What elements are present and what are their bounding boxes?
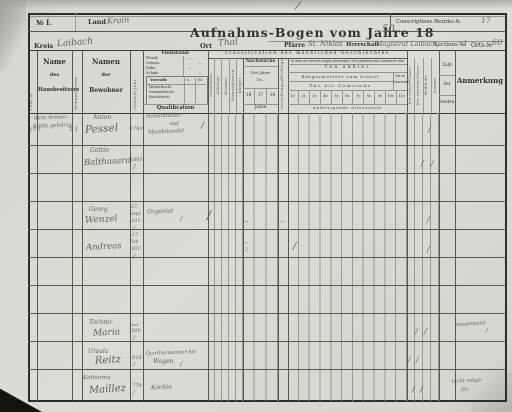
col-owner-l2: des [38,73,71,78]
r1-quali-line2: auf [170,122,179,128]
rule [183,56,184,76]
r1-tally-mark: ∕ [201,122,204,131]
r9-tally-mark: ∕ [180,361,182,368]
r1-partei-count: 1 1 [69,127,79,133]
right-vcol-2: Der zweiten Classe [417,65,420,105]
r4-birth-day: 27. [131,206,138,211]
age-9: 9r. [374,90,385,104]
col-rule [130,50,131,401]
vieh-dash1: — [188,57,192,61]
r4-tally-mark-tall: ∕ [207,209,211,221]
scan-shadow-topleft [0,0,26,70]
r9-quali-line2: Wagen [153,359,173,365]
row-rule [28,257,506,258]
herrschaft-value: Magistrat Laibach, [376,41,439,48]
r8-remark-flourish: ∕ [486,328,488,334]
r8-tally-mark: ∕ [424,328,427,336]
vieh-dash3: — [188,67,192,71]
r10-resident-relation: Katharina [83,376,111,382]
vorrath-row1: Winterfrucht [149,86,171,89]
r9-resident-relation: Ursula [88,349,108,355]
nachwuchs-title: Nachwuchs [243,60,278,65]
col-residents-l2: der [84,73,128,78]
rule [184,76,185,103]
r8-birth-year: 1820 [129,330,140,335]
pfarre-label: Pfarre [284,43,305,49]
r5-tally-mark: ∕ [427,246,430,254]
nachwuchs-sub2: 18.. [243,78,278,82]
r4-birth-month: Sept [130,213,140,218]
r4-tick: − [280,219,285,225]
r2-resident-relation: Gattin [90,148,109,154]
vorrath-col1: s. [187,78,190,82]
class-vcol-3: Beamte [224,77,228,95]
vorrath-row2: Sommerfrucht [149,91,174,94]
seelen-l1: Zahl [439,63,455,67]
section-value: 1 [463,40,468,48]
r10-year-flourish: ∕ [133,390,135,396]
kreis-label: Kreis [34,43,53,50]
rule [439,95,455,96]
form-rule [28,16,506,17]
rule [243,66,278,67]
r5-birth-year: 1821 [129,248,140,253]
form-border-top [28,13,506,15]
r1-owner-line1: dem Armen- [34,115,68,122]
r8-birth-month: Juni [130,323,138,327]
row-rule [28,285,506,286]
service-line1: Von abhier [288,66,407,70]
col-rule [37,50,38,401]
pfarre-value: St. Niklas [308,41,343,48]
class-vcol-2: Adelige [216,76,220,94]
r2-year-flourish: ∕ [133,164,135,171]
col-residents-l3: Bewohner [84,88,128,94]
col-owner-l3: Hausbesitzers [38,88,71,93]
r2-resident-name: Balthasara [84,157,131,168]
scan-corner-wedge [0,382,42,412]
age-2: 2r. [298,90,309,104]
right-vcol-3: Weibliche [425,75,428,95]
age-3: 3r. [309,90,320,104]
r8-year-flourish: ∕ [133,336,135,342]
row-rule [28,313,506,314]
r9-birth-year: 1816 [129,356,142,361]
r10-tally-mark: ∕ [412,386,415,394]
service-side-box-l1: Die in [393,75,407,78]
rule [195,76,196,103]
r1-quali-line1: Hausinhaber [146,113,182,120]
col-rule [143,50,144,401]
r9-quali-line1: Quartiermeister bei [146,350,196,357]
nachwuchs-17: 17 [254,88,266,104]
r9-year-flourish: ∕ [133,362,135,368]
r5-birth-month: Feb [130,241,138,246]
scan-shadow-top [0,0,512,9]
r4-qualification: Organist [147,209,174,216]
age-7: 7r. [352,90,363,104]
form-border-right [505,13,507,402]
row-rule [28,201,506,202]
kreis-value: Laibach [57,38,94,50]
r4-tally-mark: ∕ [427,216,430,224]
vieh-dash2: — [198,62,202,66]
r1-owner-line2: fonds gehörig [33,123,72,130]
r4-year-flourish: ∕ [133,226,135,232]
orts-value: 60 [492,39,502,47]
r4-resident-name: Wenzel [85,215,118,226]
vorrath-col2: M. [198,78,203,82]
row-rule [28,229,506,230]
nachwuchs-18: 18 [243,88,254,104]
r1-tally-mark: ∕ [428,126,431,134]
r8-resident-name: Maria [93,328,121,338]
row-rule [28,341,506,342]
col-geburtsjahr-label: Geburts-Jahr [133,60,137,110]
seelen-l3: Seelen [439,100,455,104]
class-vcol-1: Geistliche [209,73,213,97]
class-vcol-4: Honoratioren [231,69,235,101]
r4-resident-relation: Georg [89,207,108,213]
r8-resident-relation: Tochter [89,320,112,326]
age-8: 8r. [363,90,374,104]
orts-label: Orts-№ [471,43,492,49]
col-owner-l1: Name [38,58,71,65]
rule [288,104,407,105]
class-vcols: Geistliche Adelige Beamte Honoratioren B… [208,58,243,113]
ort-label: Ort [200,43,212,50]
r1-resident-name: Pessel [85,123,119,136]
r10-tally-mark: ∕ [420,386,423,394]
service-line2: Bürgermeister zum Dienst [288,75,393,79]
r1-birth-year: 1793 [130,127,143,132]
class-vcol-5: Bürger [238,77,242,94]
rule [439,75,455,76]
r2-tally-mark: ∕ [421,160,424,168]
right-vcol-1: Der ersten Classe [409,67,412,104]
rule [288,72,407,73]
r4-tally-mark: ∕ [180,216,182,223]
r9-resident-name: Reitz [95,355,122,367]
seelen-l2: der [439,82,455,86]
r5-tick: − [244,241,248,246]
age-4: 4r. [320,90,331,104]
conscription-value: 17 [481,17,491,25]
nachwuchs-sub1: Die Jahre [243,71,278,75]
nachwuchs-year-cells: 18 17 16 [243,88,278,104]
form-title-year: 50 [382,25,395,35]
r9-tally-mark: ∕ [416,356,419,364]
land-value: Krain [107,16,130,25]
service-side-box-l2: Gemeinde [393,81,407,84]
pen-stroke-above-form: ∕ [295,0,301,11]
col-rule [82,50,83,401]
r8-remark: ausgespeist [456,321,486,328]
vorrath-title: Vorrath [150,78,167,82]
r5-resident-name: Andreas [86,242,122,252]
land-label: Land [88,19,106,26]
service-footer: Aufsteigende Altersstufe [288,107,407,111]
ort-value: Thal [218,38,239,48]
age-6: 6r. [342,90,353,104]
r5-tally-mark: ∕ [293,242,296,252]
r5-year-flourish: ∕ [133,254,135,260]
age-1: 1r. [288,90,298,104]
r9-tally-mark: ∕ [408,356,411,364]
r2-birth-year: 1801 [130,158,143,163]
age-5: 5r. [331,90,342,104]
row-rule [28,173,506,174]
row-rule [28,369,506,370]
r5-birth-day: 17. [132,234,139,239]
rule [288,81,393,82]
divider [75,13,76,31]
col-parteien-label: Wohnparteien [74,60,78,110]
r10-remark-line2: för. [461,388,470,393]
vorrath-row3: Brachfrucht [149,96,170,99]
r4-tick: − [244,219,249,225]
r10-birth-year: 1779 [129,384,142,389]
r1-resident-relation: Anton [93,115,111,121]
col-rule [455,50,456,401]
right-vcols: Der ersten Classe Der zweiten Classe Wei… [407,58,439,113]
nachwuchs-16: 16 [266,88,278,104]
r4-birth-year: 1811 [129,220,140,225]
r1-quali-line3: Musikhandel [148,129,184,136]
classification-banner: Classification des männlichen Geschlecht… [208,52,407,56]
right-vcol-4: Summe [434,78,437,93]
form-number: № I. [36,19,52,26]
qualification-label: Qualification [143,106,208,111]
col-residents-l1: Namen [84,58,128,65]
anmerkung-label: Anmerkung [455,77,505,84]
herrschaft-label: Herrschaft [346,43,379,49]
r5-tick: ∕ [246,248,248,253]
section-label: Sections-№ [434,43,465,49]
service-tiny-line: In dem bei diesem Bogen gehörigen Orte g… [289,60,406,63]
row-rule [28,145,506,146]
age-10: 10r. [385,90,396,104]
r10-qualification: Köchin [151,385,172,392]
scanned-census-form: ∕ № I. Land Krain Conscriptions-Bezirks-… [0,0,512,412]
service-line3: Für die Gemeinde [288,84,393,88]
gestellung-col-label: Gestellungspflichtige [280,60,284,110]
age-header-cells: 1r. 2r. 3r. 4r. 5r. 6r. 7r. 8r. 9r. 10r.… [288,90,407,104]
nachwuchs-footer: Jahre [243,106,278,110]
age-11: 11r. [396,90,407,104]
col-post-no-label: Post-№ [29,62,33,110]
r2-tally-mark: ∕ [431,160,434,168]
r8-tally-mark: ∕ [415,328,418,336]
r10-resident-name: Maillez [89,384,127,397]
